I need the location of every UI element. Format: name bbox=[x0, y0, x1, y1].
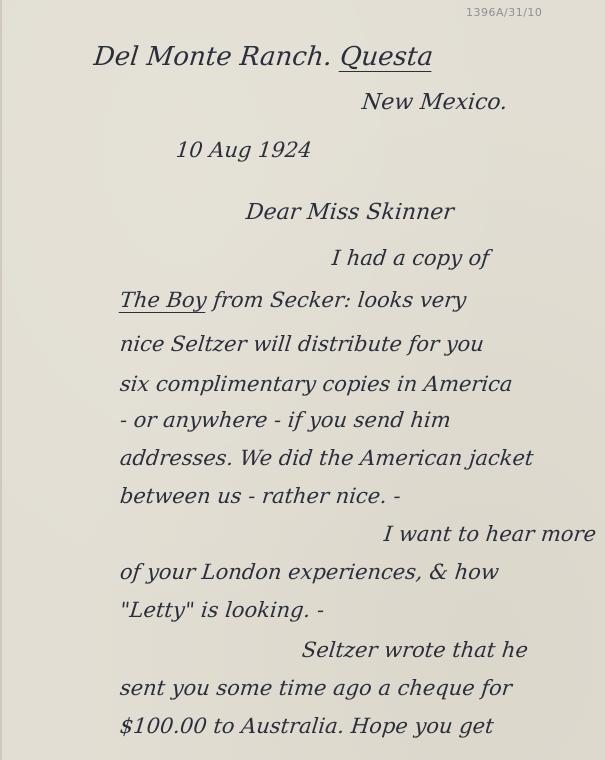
archive-reference: 1396A/31/10 bbox=[466, 6, 542, 19]
body-line: I want to hear more bbox=[383, 524, 597, 545]
body-line: I had a copy of bbox=[331, 248, 490, 269]
body-line: Seltzer wrote that he bbox=[301, 640, 529, 661]
body-line: of your London experiences, & how bbox=[119, 562, 500, 583]
body-line-text: from Secker: looks very bbox=[205, 288, 467, 312]
salutation: Dear Miss Skinner bbox=[245, 202, 455, 224]
body-line: sent you some time ago a cheque for bbox=[119, 678, 513, 699]
town-name: Questa bbox=[339, 42, 435, 72]
ranch-name: Del Monte Ranch. bbox=[92, 42, 333, 72]
address-line-state: New Mexico. bbox=[361, 92, 509, 114]
body-line: between us - rather nice. - bbox=[119, 486, 402, 507]
book-title: The Boy bbox=[119, 288, 208, 312]
body-line: nice Seltzer will distribute for you bbox=[119, 334, 485, 355]
address-line-place: Del Monte Ranch. Questa bbox=[93, 44, 435, 70]
body-line: The Boy from Secker: looks very bbox=[119, 290, 467, 311]
letter-page: 1396A/31/10 Del Monte Ranch. Questa New … bbox=[0, 0, 605, 760]
body-line: "Letty" is looking. - bbox=[119, 600, 325, 621]
body-line: six complimentary copies in America bbox=[119, 374, 514, 395]
body-line: $100.00 to Australia. Hope you get bbox=[119, 716, 495, 737]
body-line: - or anywhere - if you send him bbox=[119, 410, 452, 431]
body-line: addresses. We did the American jacket bbox=[119, 448, 535, 469]
letter-date: 10 Aug 1924 bbox=[175, 140, 313, 161]
